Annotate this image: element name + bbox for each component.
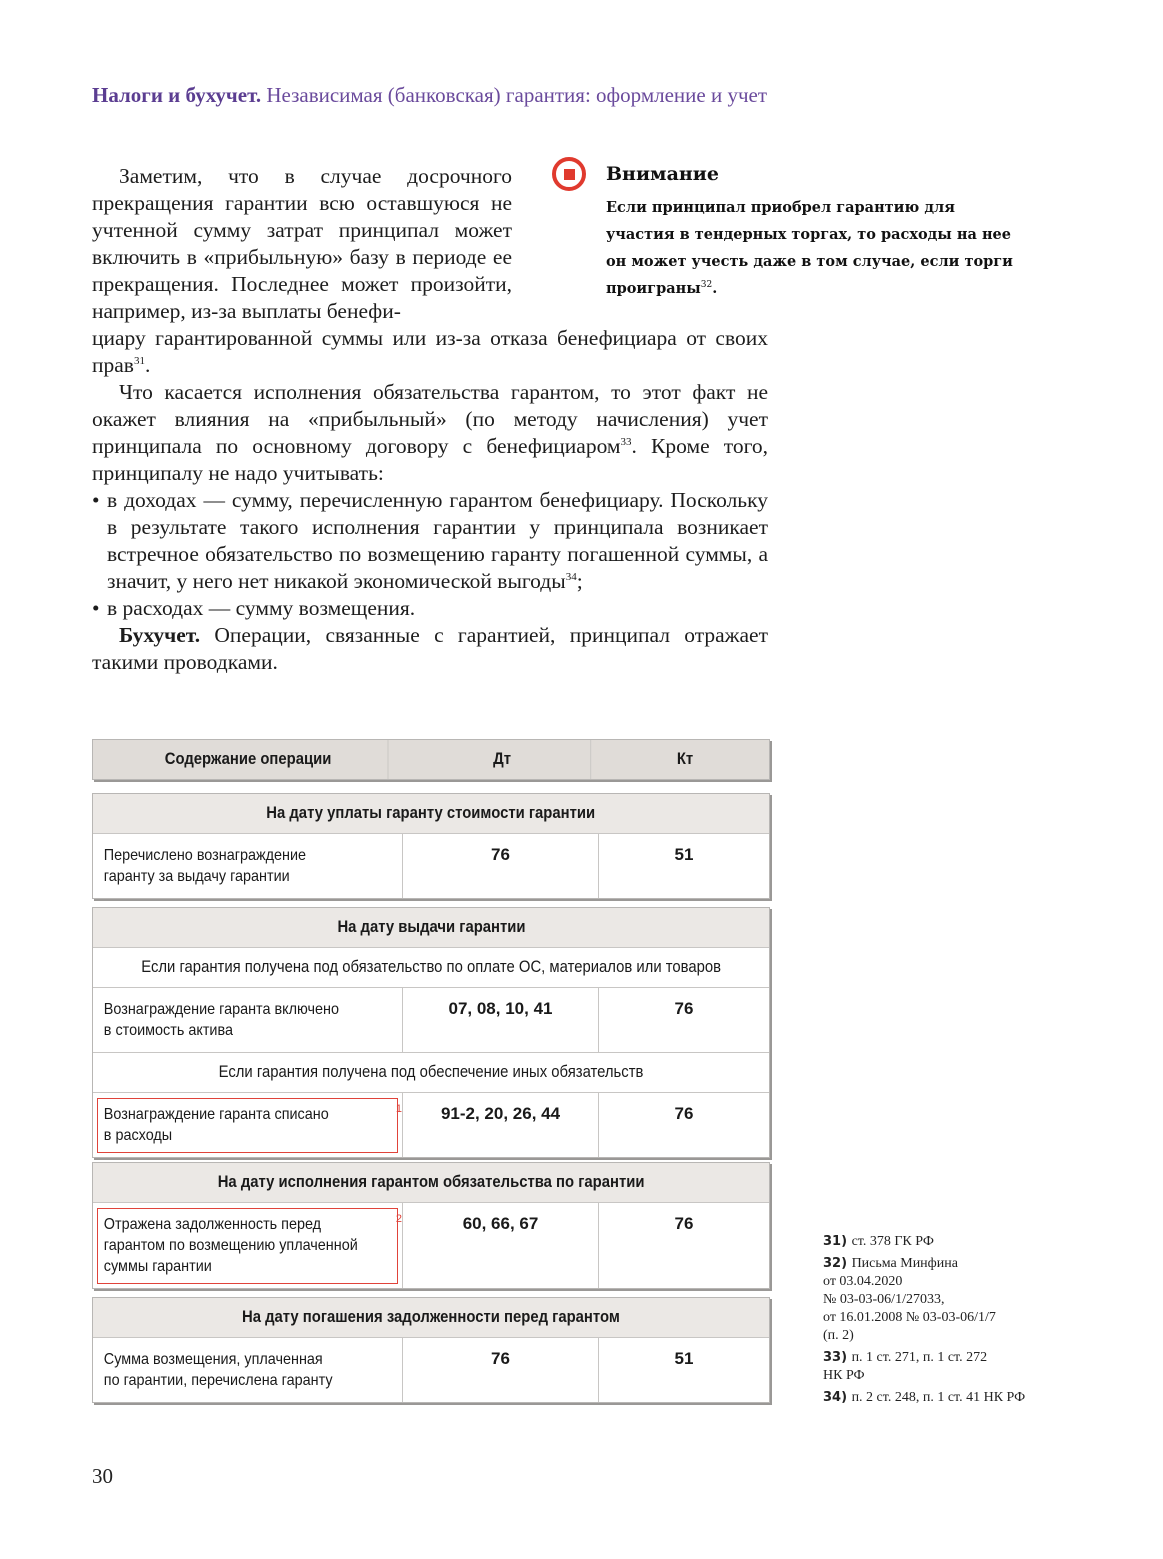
footnote: 31) ст. 378 ГК РФ xyxy=(823,1233,1063,1251)
credit-cell: 51 xyxy=(599,834,769,898)
credit-cell: 76 xyxy=(599,988,769,1052)
header-cell: Дт xyxy=(414,740,591,779)
operation-cell: Перечислено вознаграждениегаранту за выд… xyxy=(93,834,403,898)
annotation-label: 1 xyxy=(396,1103,402,1115)
footnote-ref: 32 xyxy=(701,280,712,290)
debit-cell: 60, 66, 67 xyxy=(403,1203,599,1288)
body-paragraph-1-rest: циару гарантированной суммы или из-за от… xyxy=(92,325,768,379)
list-item: в доходах — сумму, перечисленную гаранто… xyxy=(92,487,768,595)
table-row: Вознаграждение гаранта списанов расходы1… xyxy=(93,1092,769,1157)
bullet-list: в доходах — сумму, перечисленную гаранто… xyxy=(92,487,768,622)
table-section: На дату исполнения гарантом обязательств… xyxy=(92,1162,770,1289)
footnote-ref: 33 xyxy=(621,436,632,448)
footnotes: 31) ст. 378 ГК РФ32) Письма Минфинаот 03… xyxy=(823,1233,1063,1411)
table-row: Перечислено вознаграждениегаранту за выд… xyxy=(93,833,769,898)
footnote: 32) Письма Минфинаот 03.04.2020№ 03-03-0… xyxy=(823,1255,1063,1345)
footnote: 34) п. 2 ст. 248, п. 1 ст. 41 НК РФ xyxy=(823,1389,1063,1407)
credit-cell: 76 xyxy=(599,1093,769,1157)
stop-circle-icon xyxy=(552,157,586,191)
debit-cell: 76 xyxy=(403,834,599,898)
credit-cell: 51 xyxy=(599,1338,769,1402)
operation-cell: Сумма возмещения, уплаченнаяпо гарантии,… xyxy=(93,1338,403,1402)
annotation-label: 2 xyxy=(396,1213,402,1225)
operation-cell: Отражена задолженность передгарантом по … xyxy=(93,1203,403,1288)
header-cell: Кт xyxy=(609,740,760,779)
operation-cell: Вознаграждение гаранта списанов расходы1 xyxy=(93,1093,403,1157)
table-section: На дату погашения задолженности перед га… xyxy=(92,1297,770,1403)
section-title: На дату уплаты гаранту стоимости гаранти… xyxy=(93,794,769,833)
condition-row: Если гарантия получена под обеспечение и… xyxy=(93,1052,769,1092)
table-section: На дату выдачи гарантииЕсли гарантия пол… xyxy=(92,907,770,1158)
table-section: На дату уплаты гаранту стоимости гаранти… xyxy=(92,793,770,899)
credit-cell: 76 xyxy=(599,1203,769,1288)
table-row: Вознаграждение гаранта включенов стоимос… xyxy=(93,987,769,1052)
header-row: Содержание операцииДтКт xyxy=(93,740,769,779)
debit-cell: 76 xyxy=(403,1338,599,1402)
debit-cell: 91-2, 20, 26, 44 xyxy=(403,1093,599,1157)
running-head-section: Налоги и бухучет. xyxy=(92,83,261,107)
footnote-ref: 34 xyxy=(566,571,577,583)
table-header: Содержание операцииДтКт xyxy=(92,739,770,780)
operation-cell: Вознаграждение гаранта включенов стоимос… xyxy=(93,988,403,1052)
header-cell: Содержание операции xyxy=(109,740,389,779)
body-paragraph-1-top: Заметим, что в случае досрочного прекращ… xyxy=(92,163,512,325)
section-title: На дату исполнения гарантом обязательств… xyxy=(93,1163,769,1202)
attention-text: Если принципал приобрел гарантию для уча… xyxy=(606,194,1026,302)
table-row: Отражена задолженность передгарантом по … xyxy=(93,1202,769,1288)
section-title: На дату выдачи гарантии xyxy=(93,908,769,947)
attention-title: Внимание xyxy=(606,163,719,185)
body-main: циару гарантированной суммы или из-за от… xyxy=(92,325,768,676)
condition-row: Если гарантия получена под обязательство… xyxy=(93,947,769,987)
section-title: На дату погашения задолженности перед га… xyxy=(93,1298,769,1337)
body-paragraph-3: Бухучет. Операции, связанные с гарантией… xyxy=(92,622,768,676)
running-head: Налоги и бухучет. Независимая (банковска… xyxy=(92,83,767,108)
footnote: 33) п. 1 ст. 271, п. 1 ст. 272НК РФ xyxy=(823,1349,1063,1385)
table-row: Сумма возмещения, уплаченнаяпо гарантии,… xyxy=(93,1337,769,1402)
footnote-ref: 31 xyxy=(134,355,145,367)
body-paragraph-2: Что касается исполнения обязательства га… xyxy=(92,379,768,487)
page-number: 30 xyxy=(92,1464,113,1489)
debit-cell: 07, 08, 10, 41 xyxy=(403,988,599,1052)
running-head-title: Независимая (банковская) гарантия: оформ… xyxy=(266,83,767,107)
list-item: в расходах — сумму возмещения. xyxy=(92,595,768,622)
